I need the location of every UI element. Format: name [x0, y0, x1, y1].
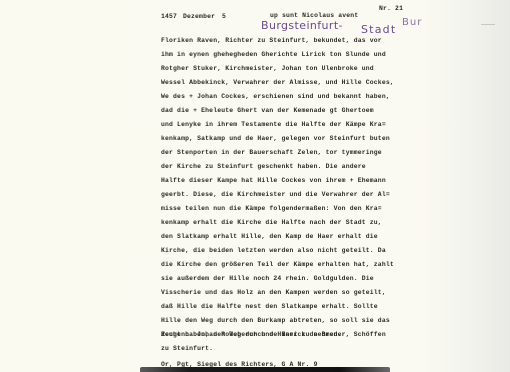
- body-line: Rotgher Stuker, Kirchmeister, Johan ton …: [161, 65, 374, 73]
- header-month: Dezember: [183, 13, 215, 21]
- body-line: Visscherie und das Holz an den Kampen we…: [161, 289, 386, 297]
- body-line: misse teilen nun die Kämpe folgendermaße…: [161, 205, 382, 213]
- body-line: dad die + Eheleute Ghert van der Kemenad…: [161, 107, 374, 115]
- body-line: Halfte dieser Kampe hat Hille Cockes von…: [161, 177, 386, 185]
- body-line: geerbt. Diese, die Kirchmeister und die …: [161, 191, 390, 199]
- body-line: We des + Johan Cockes, erschienen sind u…: [161, 93, 390, 101]
- scan-edge-shadow: [140, 367, 390, 372]
- witnesses-line-2: zu Steinfurt.: [161, 345, 213, 353]
- body-line: Kirche, die beiden letzten werden also n…: [161, 247, 386, 255]
- edge-mark: [481, 24, 495, 25]
- document-number: Nr. 21: [379, 5, 403, 13]
- body-line: sie außerdem der Hille noch 24 rhein. Go…: [161, 275, 374, 283]
- body-line: die Kirche den größeren Teil der Kämpe e…: [161, 261, 394, 269]
- body-line: kenkamp erhalt die Kirche die Halfte nac…: [161, 219, 382, 227]
- body-line: kenkamp, Satkamp und de Haer, gelegen vo…: [161, 135, 390, 143]
- header-day: 5: [222, 13, 226, 21]
- body-line: der Kirche zu Steinfurt geschenkt haben.…: [161, 163, 366, 171]
- body-line: Wessel Abbekinck, Verwahrer der Almisse,…: [161, 79, 394, 87]
- body-line: den Slatkamp erhalt Hille, den Kamp de H…: [161, 233, 378, 241]
- header-year: 1457: [161, 13, 177, 21]
- document-page: 1457 Dezember 5 up sunt Nicolaus avent N…: [0, 0, 510, 372]
- body-line: Floriken Raven, Richter zu Steinfurt, be…: [161, 37, 382, 45]
- stamp-burgsteinfurt: Burgsteinfurt-: [261, 19, 343, 32]
- witnesses-line-1: Zeugen: Johan Roleberch und Hinrick de B…: [161, 331, 386, 339]
- body-text: Floriken Raven, Richter zu Steinfurt, be…: [161, 37, 177, 229]
- body-line: Hille den Weg durch den Burkamp abtreten…: [161, 317, 390, 325]
- body-line: daß Hille die Halfte nest den Slatkampe …: [161, 303, 378, 311]
- body-line: und Lenyke in ihrem Testamente die Halft…: [161, 121, 386, 129]
- body-line: der Stenporten in der Bauerschaft Zelen,…: [161, 149, 382, 157]
- body-line: ihm in eynen ghehegheden Gherichte Liric…: [161, 51, 386, 59]
- stamp-extra: Bur: [402, 17, 422, 28]
- stamp-stadt: Stadt: [361, 23, 396, 36]
